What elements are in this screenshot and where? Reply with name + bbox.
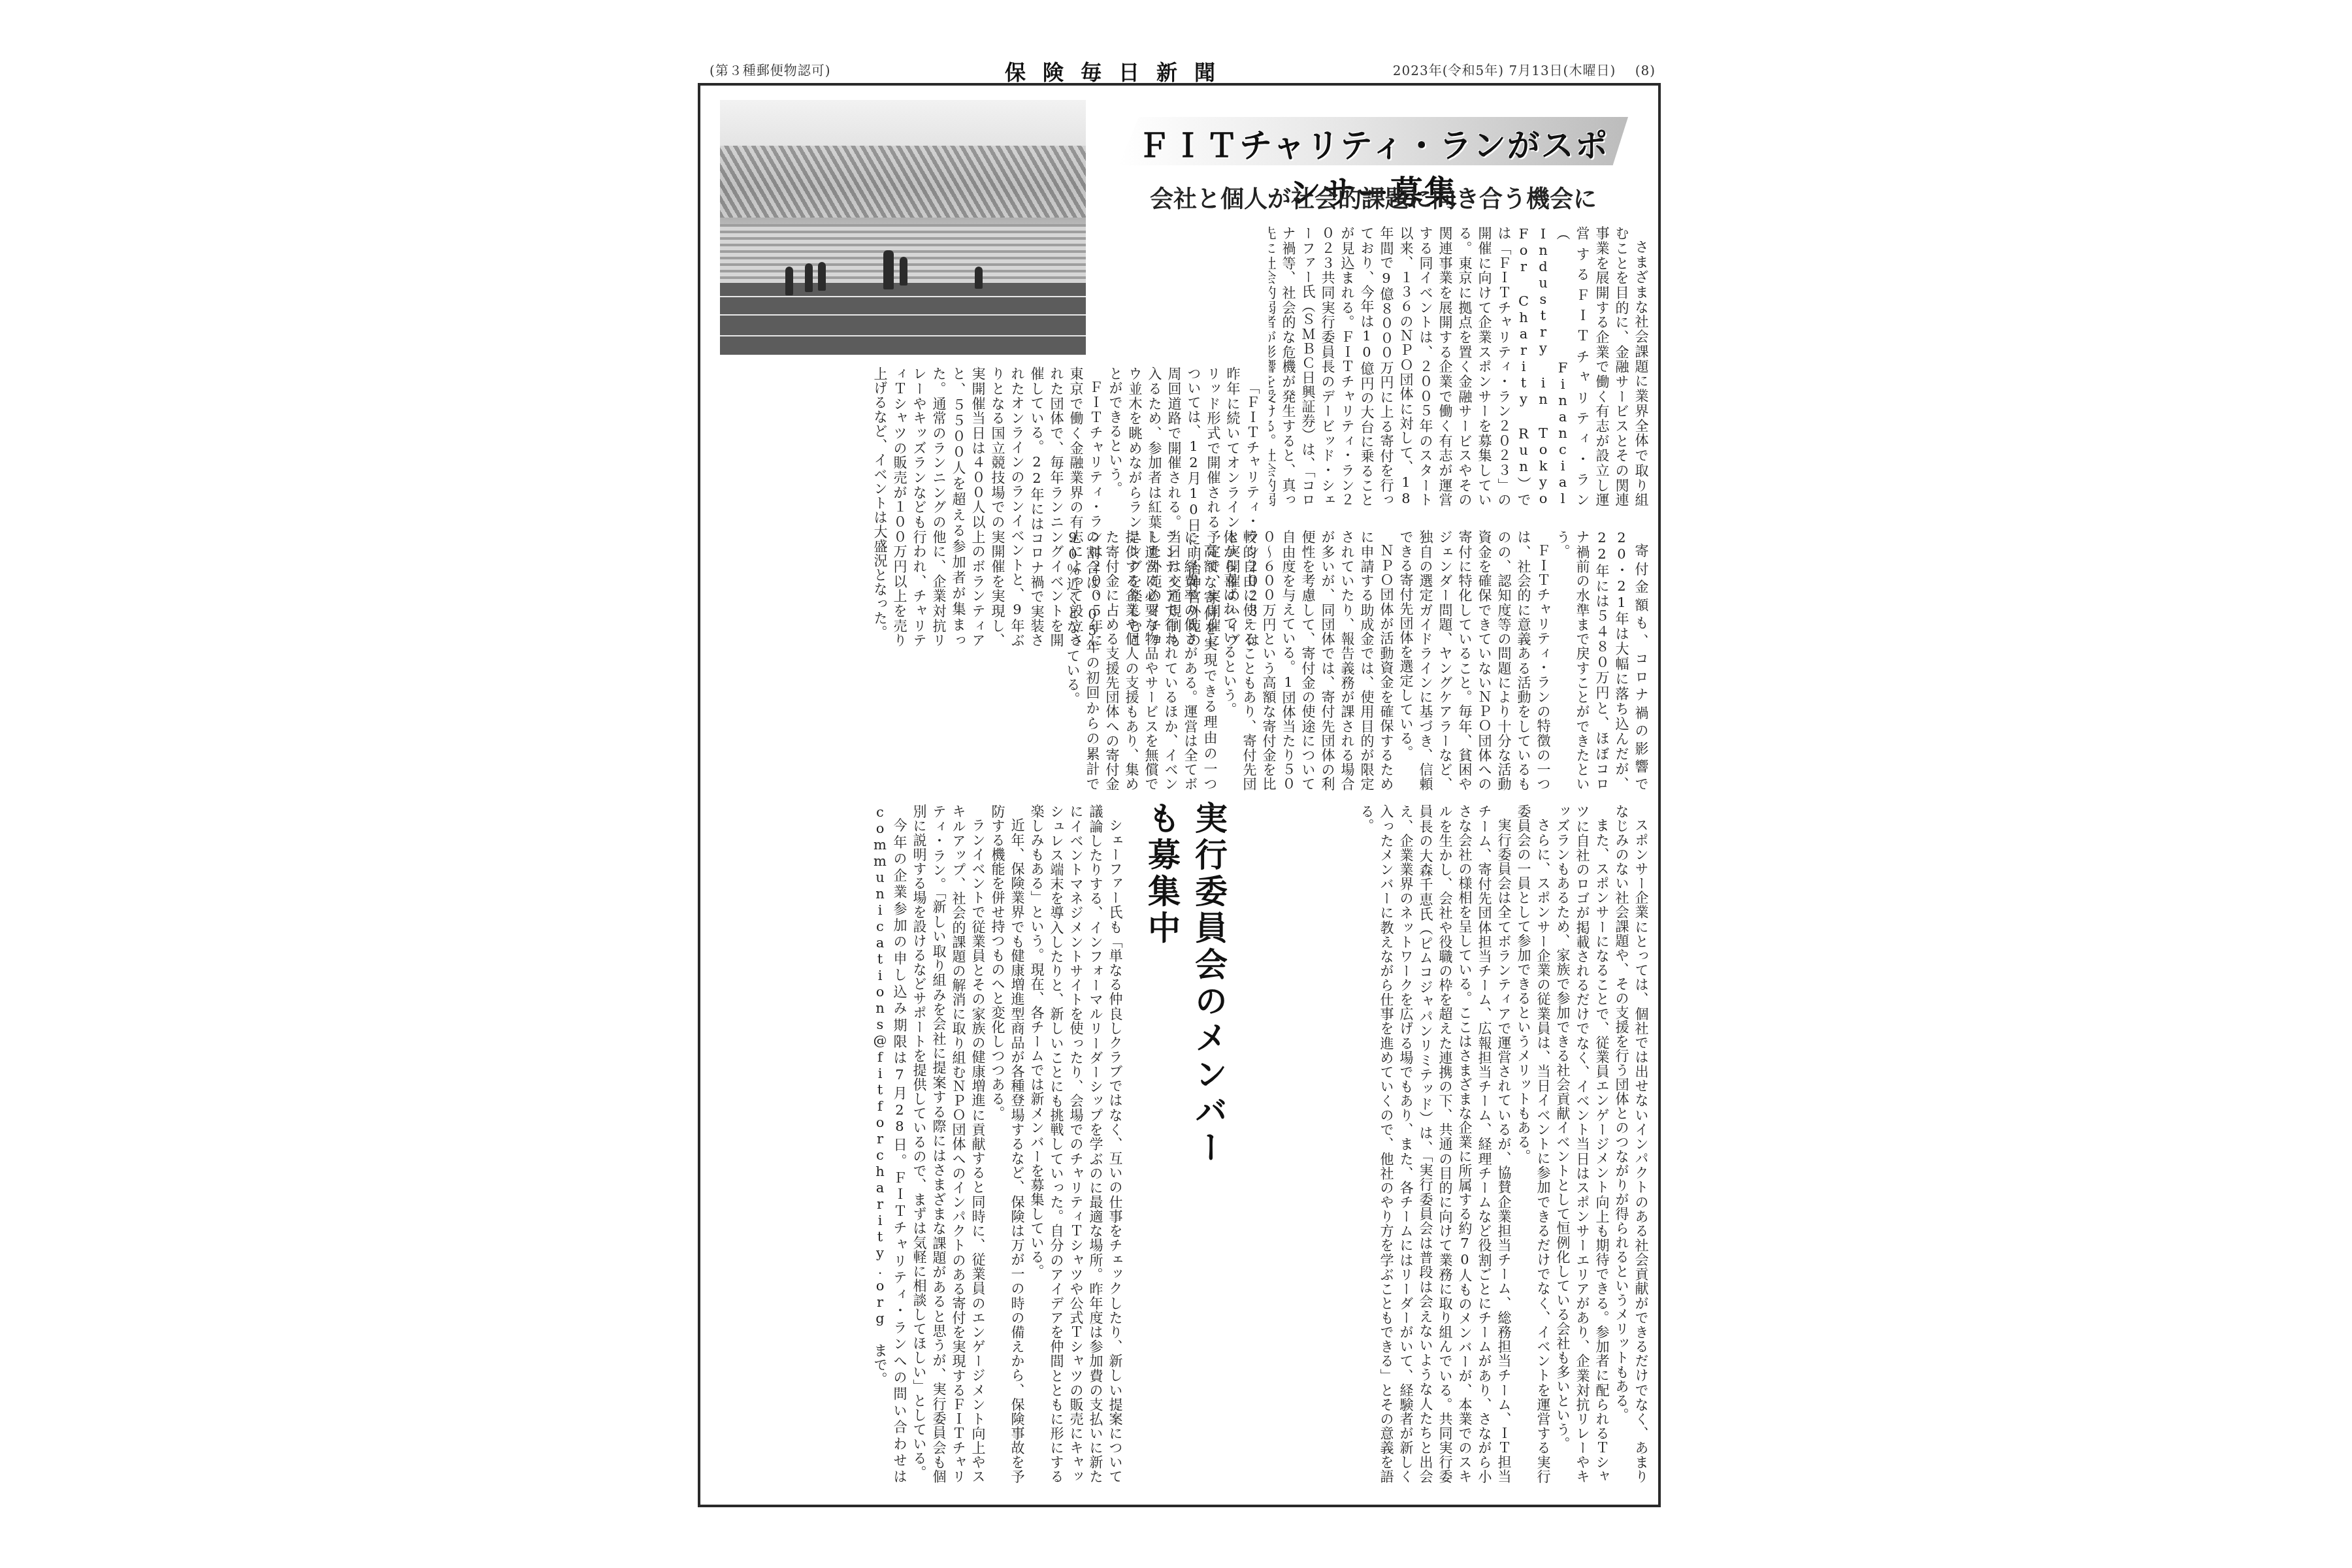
body-column-upper-b: 寄付金額も、コロナ禍の影響で20・21年は大幅に落ち込んだが、22年には５４８０… [720,530,1651,791]
body-paragraph: ＦＩＴチャリティ・ランの特徴の一つは、社会的に意義ある活動をしているものの、認知… [1396,530,1553,791]
photo-track [720,283,1086,355]
stadium-photo [720,100,1086,355]
body-paragraph: シェーファー氏も「単なる仲良しクラブではなく、互いの仕事をチェックしたり、新しい… [1027,804,1125,1484]
subheadline: 会社と個人が社会的課題に向き合う機会に [1132,181,1615,214]
runner-figure [818,262,826,291]
article-page: ＦＩＴチャリティ・ランがスポンサー募集 会社と個人が社会的課題に向き合う機会に … [698,83,1661,1507]
runner-figure [975,267,983,289]
body-paragraph: また、スポンサーになることで、従業員エンゲージメント向上も期待できる。参加者に配… [1553,804,1612,1484]
issue-date: 2023年(令和5年) 7月13日(木曜日) (8) [1393,60,1656,79]
photo-lane-line [720,296,1086,297]
body-paragraph: スポンサー企業にとっては、個社では出せないインパクトのある社会貢献ができるだけで… [1612,804,1651,1484]
body-column-lower-left: シェーファー氏も「単なる仲良しクラブではなく、互いの仕事をチェックしたり、新しい… [720,804,1125,1484]
photo-roof-structure [720,146,1086,218]
runner-figure [900,257,907,286]
body-paragraph: 実行委員会は全てボランティアで運営されているが、協賛企業担当チーム、総務担当チー… [1357,804,1514,1484]
newspaper-title: 保険毎日新聞 [1005,56,1232,86]
body-paragraph: ランイベントで従業員とその家族の健康増進に貢献すると同時に、従業員のエンゲージメ… [909,804,988,1484]
photo-lane-line [720,314,1086,316]
body-paragraph: ＮＰＯ団体が活動資金を確保するために申請する助成金では、使用目的が限定されていた… [1220,530,1396,791]
runner-figure [785,267,793,295]
page-number: (8) [1635,63,1656,78]
postal-permit: (第３種郵便物認可) [710,60,831,79]
photo-lane-line [720,335,1086,336]
body-column-lower-right: スポンサー企業にとっては、個社では出せないインパクトのある社会貢献ができるだけで… [1184,804,1651,1484]
body-paragraph: 近年、保険業界でも健康増進型商品が各種登場するなど、保険は万が一の時の備えから、… [988,804,1027,1484]
body-paragraph: さらに、スポンサー企業の従業員は、当日イベントに参加できるだけでなく、イベントを… [1514,804,1553,1484]
runner-figure [805,263,813,292]
lead-paragraph: さまざまな社会課題に業界全体で取り組むことを目的に、金融サービスとその関連事業を… [1269,226,1651,507]
body-paragraph: 寄付金額も、コロナ禍の影響で20・21年は大幅に落ち込んだが、22年には５４８０… [1553,530,1651,791]
masthead: (第３種郵便物認可) 保険毎日新聞 2023年(令和5年) 7月13日(木曜日)… [698,56,1663,80]
lead-text: さまざまな社会課題に業界全体で取り組むことを目的に、金融サービスとその関連事業を… [1269,226,1651,507]
body-paragraph: 今年の企業参加の申し込み期限は7月28日。ＦＩＴチャリティ・ランへの問い合わせは… [870,804,909,1484]
date-text: 2023年(令和5年) 7月13日(木曜日) [1393,63,1616,78]
runner-figure [883,250,894,289]
body-paragraph: 高額な寄付を実現できる理由の一つに、経費率の低さがある。運営は全てボランティアで… [1063,530,1220,791]
